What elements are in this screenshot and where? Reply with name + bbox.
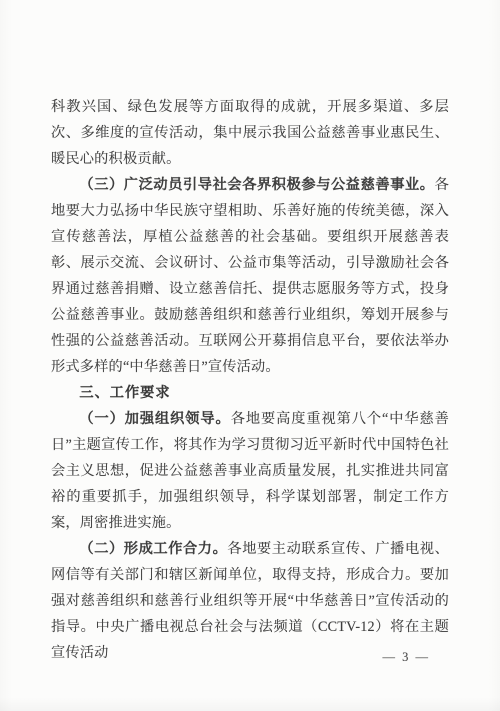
item-2-body: 各地要主动联系宣传、广播电视、网信等有关部门和辖区新闻单位，取得支持，形成合力。… (51, 541, 449, 661)
item-1-body: 各地要高度重视第八个“中华慈善日”主题宣传工作，将其作为学习贯彻习近平新时代中国… (51, 411, 449, 531)
paragraph-item-2: （二）形成工作合力。各地要主动联系宣传、广播电视、网信等有关部门和辖区新闻单位，… (51, 536, 449, 666)
scanned-document-page: 科教兴国、绿色发展等方面取得的成就，开展多渠道、多层次、多维度的宣传活动，集中展… (0, 0, 500, 711)
paragraph-continuation-text: 科教兴国、绿色发展等方面取得的成就，开展多渠道、多层次、多维度的宣传活动，集中展… (51, 99, 449, 167)
document-body: 科教兴国、绿色发展等方面取得的成就，开展多渠道、多层次、多维度的宣传活动，集中展… (51, 94, 449, 666)
section-3-body: 各地要大力弘扬中华民族守望相助、乐善好施的传统美德，深入宣传慈善法，厚植公益慈善… (51, 177, 449, 375)
item-1-heading: （一）加强组织领导。 (79, 411, 230, 427)
part-3-heading: 三、工作要求 (51, 380, 449, 406)
paragraph-item-1: （一）加强组织领导。各地要高度重视第八个“中华慈善日”主题宣传工作，将其作为学习… (51, 406, 449, 536)
item-2-heading: （二）形成工作合力。 (79, 541, 227, 557)
page-number: — 3 — (383, 650, 431, 665)
section-3-heading: （三）广泛动员引导社会各界积极参与公益慈善事业。 (79, 177, 434, 193)
paragraph-section-3: （三）广泛动员引导社会各界积极参与公益慈善事业。各地要大力弘扬中华民族守望相助、… (51, 172, 449, 380)
paragraph-continuation: 科教兴国、绿色发展等方面取得的成就，开展多渠道、多层次、多维度的宣传活动，集中展… (51, 94, 449, 172)
